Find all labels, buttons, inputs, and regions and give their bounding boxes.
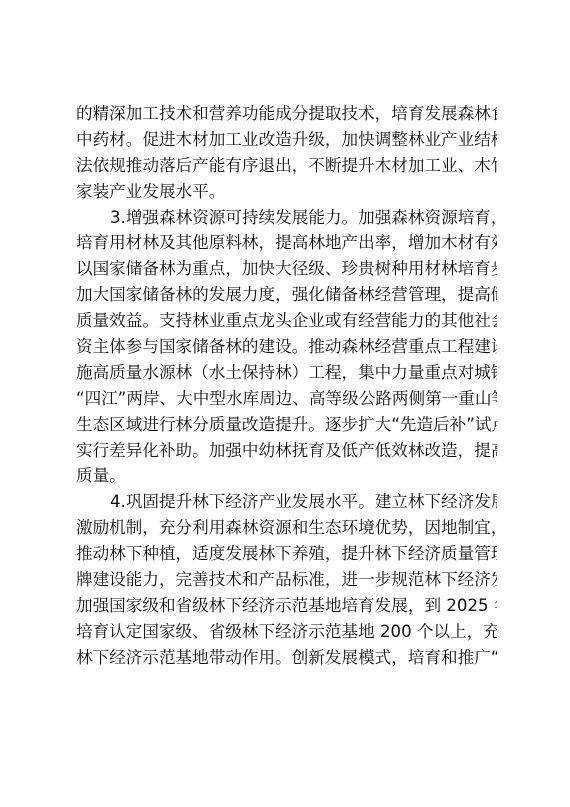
text-line: 以国家储备林为重点，加快大径级、珍贵树种用材林培育步伐。 — [76, 256, 497, 282]
text-line: 林下经济示范基地带动作用。创新发展模式，培育和推广“龙头 — [76, 645, 497, 671]
text-line: 中药材。促进木材加工业改造升级，加快调整林业产业结构，依 — [76, 127, 497, 153]
text-line: 培育认定国家级、省级林下经济示范基地 200 个以上，充分发挥 — [76, 619, 497, 645]
body-text: 的精深加工技术和营养功能成分提取技术，培育发展森林食品、 中药材。促进木材加工业… — [76, 101, 497, 671]
text-line: 资主体参与国家储备林的建设。推动森林经营重点工程建设，实 — [76, 334, 497, 360]
section-heading-line: 3.增强森林资源可持续发展能力。加强森林资源培育，积极 — [76, 205, 497, 231]
text-line: 牌建设能力，完善技术和产品标准，进一步规范林下经济发展。 — [76, 567, 497, 593]
section-heading-line: 4.巩固提升林下经济产业发展水平。建立林下经济发展长效 — [76, 489, 497, 515]
text-line: 实行差异化补助。加强中幼林抚育及低产低效林改造，提高森林 — [76, 438, 497, 464]
text-line: 激励机制，充分利用森林资源和生态环境优势，因地制宜，大力 — [76, 515, 497, 541]
document-page: 的精深加工技术和营养功能成分提取技术，培育发展森林食品、 中药材。促进木材加工业… — [0, 0, 570, 807]
text-line: 推动林下种植，适度发展林下养殖，提升林下经济质量管理和品 — [76, 541, 497, 567]
text-line: 加大国家储备林的发展力度，强化储备林经营管理，提高储备林 — [76, 282, 497, 308]
text-line: 法依规推动落后产能有序退出，不断提升木材加工业、木竹家具 — [76, 153, 497, 179]
text-line: “四江”两岸、大中型水库周边、高等级公路两侧第一重山等重点 — [76, 386, 497, 412]
text-line: 培育用材林及其他原料林，提高林地产出率，增加木材有效供给。 — [76, 230, 497, 256]
text-line: 质量。 — [76, 463, 497, 489]
text-line: 质量效益。支持林业重点龙头企业或有经营能力的其他社会投 — [76, 308, 497, 334]
text-line: 生态区域进行林分质量改造提升。逐步扩大“先造后补”试点范围， — [76, 412, 497, 438]
text-line: 加强国家级和省级林下经济示范基地培育发展，到 2025 年底， — [76, 593, 497, 619]
text-line: 家装产业发展水平。 — [76, 179, 497, 205]
text-line: 施高质量水源林（水土保持林）工程，集中力量重点对城镇周边、 — [76, 360, 497, 386]
text-line: 的精深加工技术和营养功能成分提取技术，培育发展森林食品、 — [76, 101, 497, 127]
